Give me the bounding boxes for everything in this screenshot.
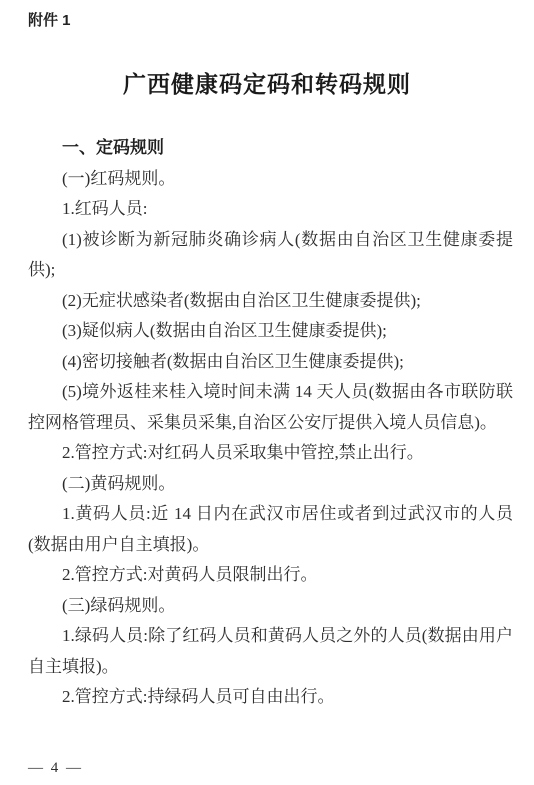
subsection-heading: (三)绿码规则。: [28, 591, 513, 622]
paragraph: 2.管控方式:持绿码人员可自由出行。: [28, 682, 513, 713]
paragraph: (5)境外返桂来桂入境时间未满 14 天人员(数据由各市联防联控网格管理员、采集…: [28, 377, 513, 438]
paragraph: 2.管控方式:对黄码人员限制出行。: [28, 560, 513, 591]
page-number: — 4 —: [28, 760, 83, 777]
document-title: 广西健康码定码和转码规则: [0, 71, 534, 98]
paragraph: 1.红码人员:: [28, 194, 513, 225]
paragraph: 1.黄码人员:近 14 日内在武汉市居住或者到过武汉市的人员(数据由用户自主填报…: [28, 499, 513, 560]
paragraph: (1)被诊断为新冠肺炎确诊病人(数据由自治区卫生健康委提供);: [28, 225, 513, 286]
document-page: 附件 1 广西健康码定码和转码规则 一、定码规则(一)红码规则。1.红码人员:(…: [0, 0, 534, 785]
paragraph: 2.管控方式:对红码人员采取集中管控,禁止出行。: [28, 438, 513, 469]
document-body: 一、定码规则(一)红码规则。1.红码人员:(1)被诊断为新冠肺炎确诊病人(数据由…: [28, 133, 513, 713]
attachment-label: 附件 1: [28, 11, 534, 31]
paragraph: (3)疑似病人(数据由自治区卫生健康委提供);: [28, 316, 513, 347]
paragraph: 1.绿码人员:除了红码人员和黄码人员之外的人员(数据由用户自主填报)。: [28, 621, 513, 682]
paragraph: (2)无症状感染者(数据由自治区卫生健康委提供);: [28, 286, 513, 317]
subsection-heading: (一)红码规则。: [28, 164, 513, 195]
subsection-heading: (二)黄码规则。: [28, 469, 513, 500]
paragraph: (4)密切接触者(数据由自治区卫生健康委提供);: [28, 347, 513, 378]
section-heading: 一、定码规则: [28, 133, 513, 164]
